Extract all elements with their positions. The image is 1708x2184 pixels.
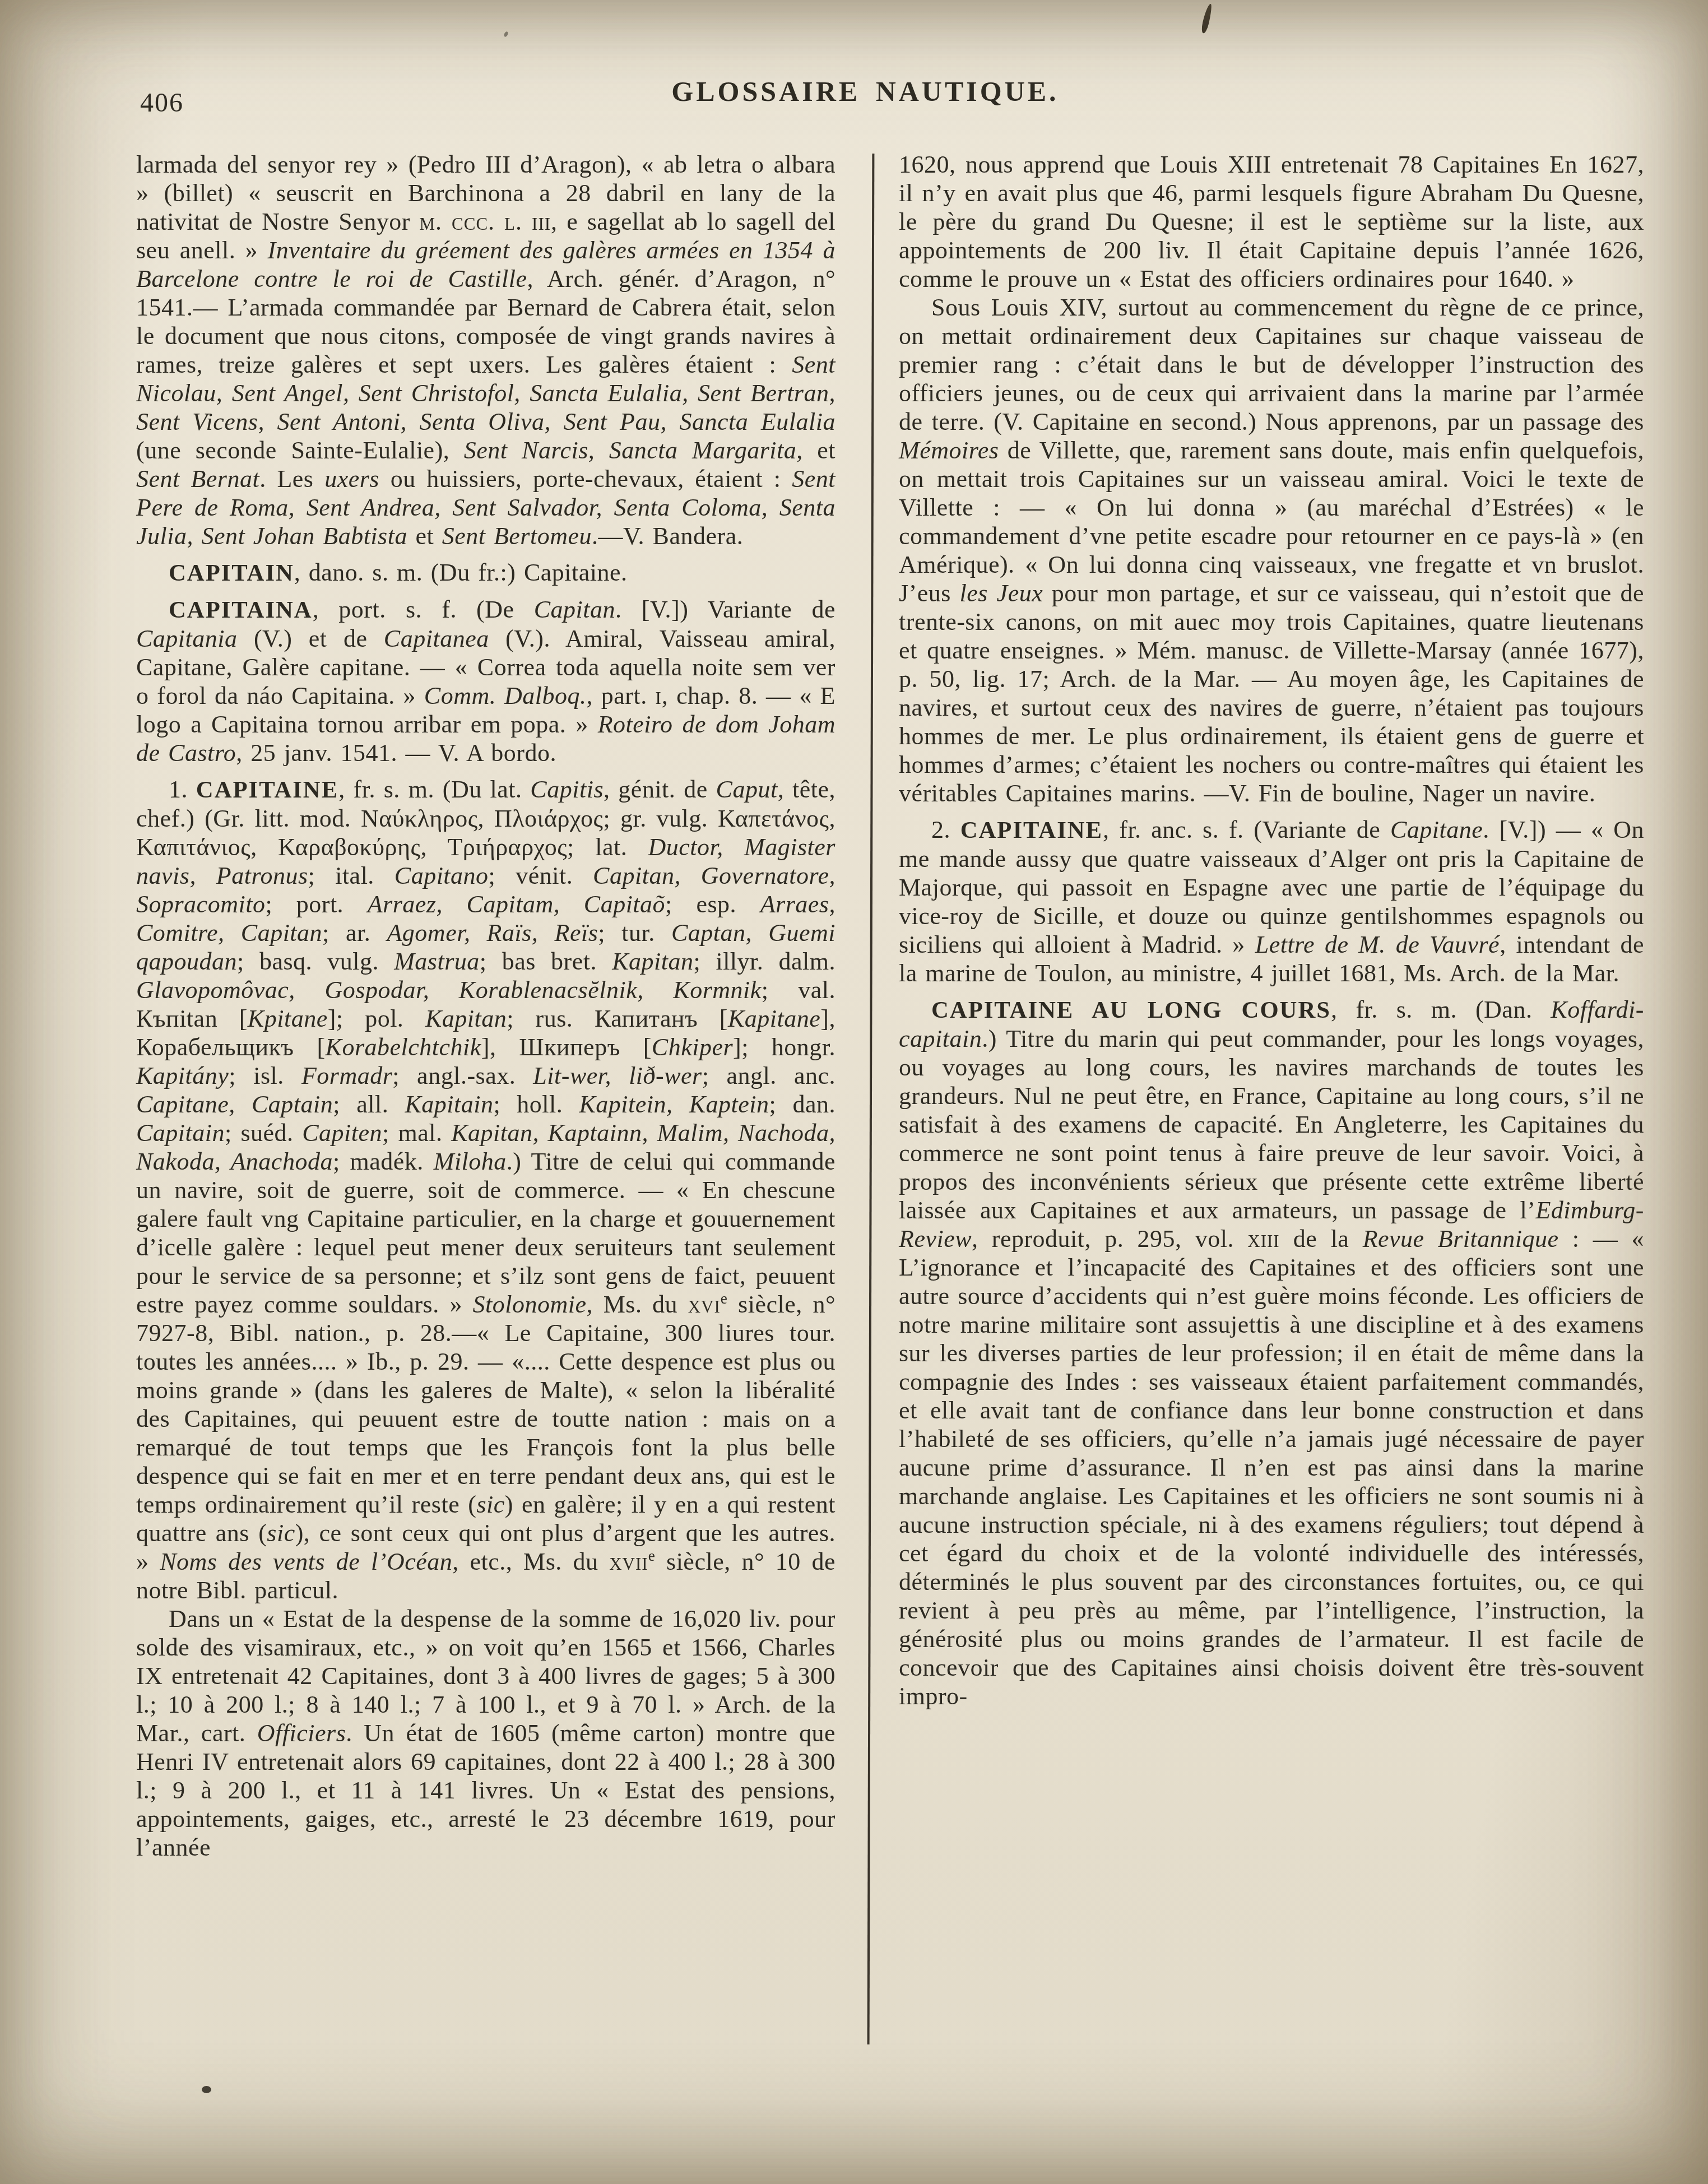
italic-run: Noms des vents de l’Océan <box>160 1548 452 1575</box>
text-run: ; isl. <box>229 1062 301 1089</box>
text-run: et <box>407 522 442 550</box>
text-run: .) Titre du marin qui peut commander, po… <box>899 1025 1644 1224</box>
text-run: : — « L’ignorance et l’incapacité des Ca… <box>899 1225 1644 1710</box>
italic-run: Capitania <box>136 625 238 652</box>
italic-run: Korabelchtchik <box>326 1033 481 1061</box>
entry-capitaine-2: 2. CAPITAINE, fr. anc. s. f. (Variante d… <box>899 815 1644 987</box>
text-run: de la <box>1280 1225 1363 1253</box>
italic-run: Stolonomie <box>473 1291 587 1318</box>
text-run: , 25 janv. 1541. — V. A bordo. <box>236 739 556 767</box>
text-run: .—V. Bandera. <box>592 522 743 550</box>
italic-run: Revue Britannique <box>1363 1225 1559 1253</box>
text-run: (une seconde Sainte-Eulalie), <box>136 437 464 464</box>
text-run: . Les <box>259 465 324 493</box>
para-1620-louis-xiii: 1620, nous apprend que Louis XIII entret… <box>899 150 1644 293</box>
italic-run: Kapitein, Kaptein <box>579 1091 769 1118</box>
text-run: ou huissiers, porte-chevaux, étaient : <box>379 465 792 493</box>
italic-run: Capitano <box>394 862 489 889</box>
text-run: siècle, n° 7927-8, Bibl. nation., p. 28.… <box>136 1291 836 1518</box>
text-run: ; port. <box>265 891 367 918</box>
text-run: ]; pol. <box>328 1005 425 1032</box>
text-run: ; madék. <box>333 1148 434 1175</box>
text-run: ; angl. anc. <box>702 1062 836 1089</box>
text-run: ]; hongr. <box>733 1033 836 1061</box>
italic-run: Lit-wer, lið-wer <box>533 1062 702 1089</box>
text-run: e <box>721 1290 728 1307</box>
italic-run: Arraez, Capitam, Capitaõ <box>368 891 665 918</box>
text-run: Sous Louis XIV, surtout au commencement … <box>899 294 1644 435</box>
text-run: 1. <box>169 776 196 803</box>
text-run: i <box>655 682 661 710</box>
italic-run: Kapitane <box>728 1005 820 1032</box>
italic-run: Capitis <box>530 776 604 803</box>
italic-run: Sent Bertomeu <box>442 522 592 550</box>
right-column: 1620, nous apprend que Louis XIII entret… <box>899 150 1644 1710</box>
text-run: (V.) et de <box>238 625 384 652</box>
text-run: ; ar. <box>322 919 387 947</box>
italic-run: Kapitány <box>136 1062 229 1089</box>
italic-run: Kapitan <box>425 1005 507 1032</box>
text-run: ; rus. Капитанъ [ <box>507 1005 728 1032</box>
para-sous-louis-xiv: Sous Louis XIV, surtout au commencement … <box>899 293 1644 808</box>
entry-capitain: CAPITAIN, dano. s. m. (Du fr.:) Capitain… <box>136 558 836 587</box>
text-run: pour mon partage, et sur ce vaisseau, qu… <box>899 579 1644 807</box>
text-run: , Ms. du <box>587 1291 688 1318</box>
text-run: ; vénit. <box>489 862 593 889</box>
headword: CAPITAIN <box>169 560 294 586</box>
text-run: ; bas bret. <box>480 948 612 975</box>
italic-run: Formadr <box>301 1062 392 1089</box>
text-run: , fr. s. m. (Du lat. <box>338 776 530 803</box>
italic-run: Lettre de M. de Vauvré <box>1255 931 1500 958</box>
italic-run: sic <box>267 1519 295 1547</box>
text-run: ; holl. <box>493 1091 579 1118</box>
para-estat-de-la-despense: Dans un « Estat de la despense de la som… <box>136 1605 836 1862</box>
text-run: ; suéd. <box>225 1119 302 1147</box>
para-armada-continuation: larmada del senyor rey » (Pedro III d’Ar… <box>136 150 836 550</box>
italic-run: Officiers <box>257 1719 346 1747</box>
italic-run: Agomer, Raïs, Reïs <box>387 919 598 947</box>
text-run: xiii <box>1247 1225 1279 1253</box>
text-run: ; ital. <box>308 862 394 889</box>
italic-run: Capitane <box>1390 816 1483 843</box>
text-run: , et <box>796 437 836 464</box>
italic-run: Capitane, Captain <box>136 1091 333 1118</box>
text-run: ; all. <box>333 1091 405 1118</box>
text-run: ; angl.-sax. <box>392 1062 533 1089</box>
italic-run: Capitanea <box>384 625 489 652</box>
italic-run: Capitain <box>136 1119 225 1147</box>
entry-capitaina: CAPITAINA, port. s. f. (De Capitan. [V.]… <box>136 595 836 767</box>
text-run: xvi <box>688 1291 721 1318</box>
entry-capitaine-1: 1. CAPITAINE, fr. s. m. (Du lat. Capitis… <box>136 775 836 1605</box>
text-run: e <box>648 1547 656 1564</box>
text-run: 1620, nous apprend que Louis XIII entret… <box>899 151 1644 293</box>
italic-run: Comm. Dalboq. <box>424 682 587 710</box>
ink-speck <box>503 31 509 38</box>
text-run: , port. s. f. (De <box>313 596 534 623</box>
italic-run: Mémoires <box>899 437 999 464</box>
text-run: ; basq. vulg. <box>237 948 394 975</box>
text-run: . [V.]) Variante de <box>615 596 836 623</box>
ink-smudge <box>1200 3 1213 34</box>
text-run: ; mal. <box>382 1119 451 1147</box>
headword: CAPITAINE <box>196 777 338 803</box>
text-run: , fr. s. m. (Dan. <box>1331 996 1551 1023</box>
italic-run: Kapitan <box>612 948 693 975</box>
text-run: ; esp. <box>665 891 760 918</box>
text-run: ], Шкиперъ [ <box>481 1033 652 1061</box>
text-run: , reproduit, p. 295, vol. <box>972 1225 1247 1253</box>
text-run: 2. <box>931 816 960 843</box>
column-divider-rule <box>867 154 875 2044</box>
text-run: , etc., Ms. du <box>452 1548 609 1575</box>
italic-run: Miloha <box>434 1148 507 1175</box>
entry-capitaine-au-long-cours: CAPITAINE AU LONG COURS, fr. s. m. (Dan.… <box>899 995 1644 1710</box>
headword: CAPITAINE <box>960 817 1103 843</box>
italic-run: Mastrua <box>394 948 480 975</box>
italic-run: Sent Narcis, Sancta Margarita <box>464 437 796 464</box>
text-run: , génit. de <box>604 776 716 803</box>
scanned-book-page: { "page": { "number": "406", "running_he… <box>0 0 1708 2184</box>
italic-run: Caput <box>716 776 778 803</box>
text-run: , fr. anc. s. f. (Variante de <box>1103 816 1390 843</box>
italic-run: Kpitane <box>248 1005 328 1032</box>
italic-run: uxers <box>324 465 379 493</box>
text-run: , part. <box>586 682 655 710</box>
italic-run: Capiten <box>302 1119 382 1147</box>
text-run: xvii <box>609 1548 648 1575</box>
italic-run: Capitan <box>534 596 615 623</box>
italic-run: sic <box>476 1491 504 1518</box>
text-run: , dano. s. m. (Du fr.:) Capitaine. <box>294 559 628 586</box>
running-head: GLOSSAIRE NAUTIQUE. <box>22 75 1708 108</box>
ink-speck <box>202 2086 211 2093</box>
text-run: ; tur. <box>598 919 671 947</box>
italic-run: Glavopomôvac, Gospodar, Korablenacsĕlnik… <box>136 976 762 1004</box>
italic-run: les Jeux <box>960 579 1043 607</box>
italic-run: Kapitain <box>405 1091 493 1118</box>
left-column: larmada del senyor rey » (Pedro III d’Ar… <box>136 150 836 1862</box>
headword: CAPITAINA <box>169 597 313 623</box>
text-run: ; illyr. dalm. <box>693 948 836 975</box>
italic-run: Chkiper <box>652 1033 733 1061</box>
page-number: 406 <box>140 87 184 118</box>
italic-run: Sent Bernat <box>136 465 259 493</box>
text-run: m. ccc. l. iii <box>419 208 551 235</box>
text-run: ; dan. <box>769 1091 836 1118</box>
headword: CAPITAINE AU LONG COURS <box>931 997 1331 1023</box>
